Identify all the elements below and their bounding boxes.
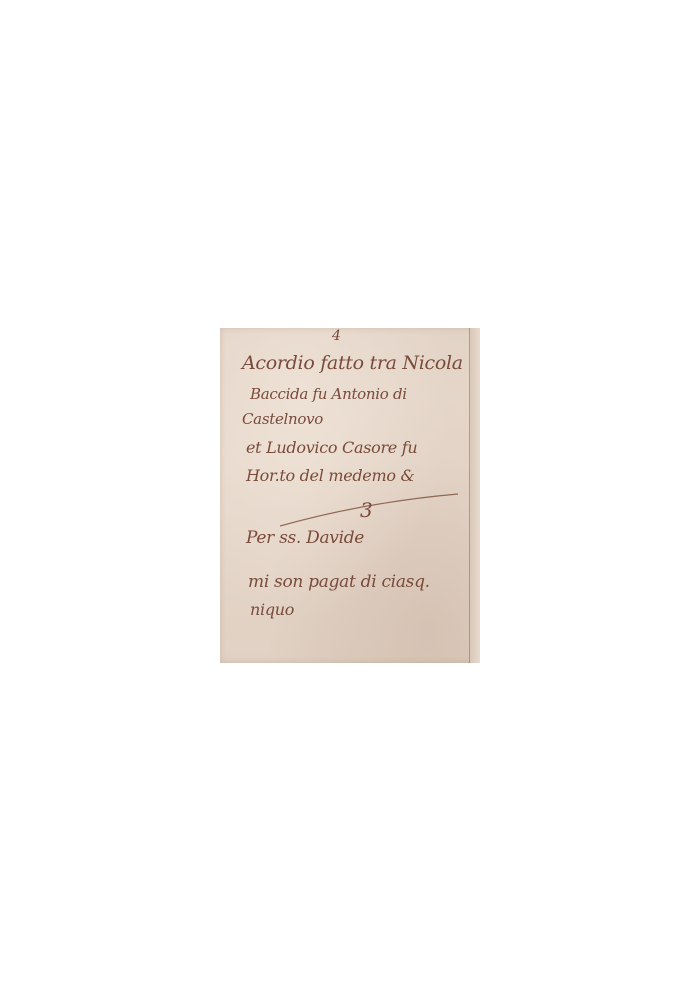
- text-line-5: Hor.to del medemo &: [246, 466, 414, 485]
- manuscript-page: 4 Acordio fatto tra Nicola Baccida fu An…: [220, 328, 480, 663]
- text-line-6: Per ss. Davide: [246, 528, 364, 548]
- page-fold-line: [469, 328, 470, 663]
- page-fold-edge: [470, 328, 480, 663]
- text-line-7: mi son pagat di ciasq.: [248, 572, 430, 592]
- text-line-3: Castelnovo: [242, 410, 323, 428]
- page-number: 4: [332, 328, 341, 344]
- text-line-8: niquo: [250, 600, 294, 619]
- flourish-mark: 3: [360, 498, 373, 522]
- text-line-2: Baccida fu Antonio di: [250, 385, 407, 403]
- text-line-4: et Ludovico Casore fu: [246, 438, 417, 457]
- text-line-1: Acordio fatto tra Nicola: [242, 352, 463, 374]
